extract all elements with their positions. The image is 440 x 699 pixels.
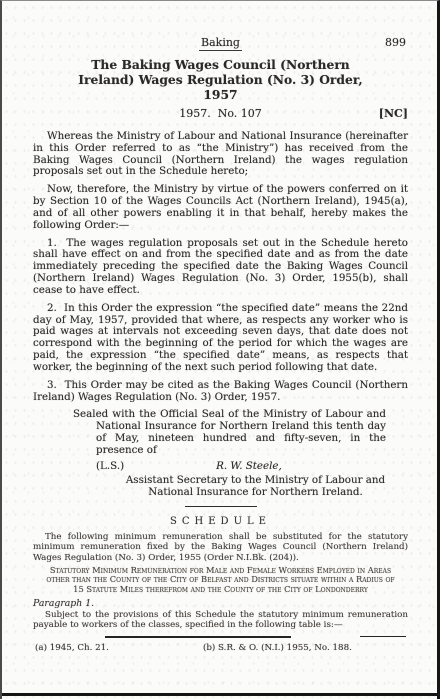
order-reference: 1957. No. 107	[179, 107, 262, 120]
recital-now-therefore: Now, therefore, the Ministry by virtue o…	[33, 184, 408, 231]
table-border-line-right	[360, 636, 406, 637]
signatory-title: Assistant Secretary to the Ministry of L…	[109, 475, 402, 499]
page-header: Baking 899	[33, 36, 408, 49]
table-border-line-left	[105, 636, 291, 638]
article-1: 1. The wages regulation proposals set ou…	[33, 238, 408, 297]
signature-row: (L.S.) R. W. Steele,	[33, 460, 408, 472]
footnotes: (a) 1945, Ch. 21. (b) S.R. & O. (N.I.) 1…	[33, 643, 408, 653]
recital-whereas: Whereas the Ministry of Labour and Natio…	[33, 131, 408, 178]
scan-edge-bottom	[2, 693, 437, 696]
article-2: 2. In this Order the expression “the spe…	[33, 303, 408, 374]
table-top-border	[33, 633, 408, 641]
page-content: Baking 899 The Baking Wages Council (Nor…	[2, 1, 437, 653]
schedule-paragraph-body: Subject to the provisions of this Schedu…	[33, 610, 408, 630]
schedule-heading: SCHEDULE	[33, 516, 408, 527]
order-reference-line: 1957. No. 107 [NC]	[33, 107, 408, 120]
footnote-b: (b) S.R. & O. (N.I.) 1955, No. 188.	[203, 643, 352, 653]
signature-name: R. W. Steele,	[216, 460, 282, 472]
document-title: The Baking Wages Council (Northern Irela…	[75, 57, 366, 102]
footnote-a: (a) 1945, Ch. 21.	[35, 643, 109, 653]
section-divider-rule	[185, 506, 257, 507]
seal-mark: (L.S.)	[96, 460, 124, 472]
page-number: 899	[385, 36, 406, 49]
article-3: 3. This Order may be cited as the Baking…	[33, 380, 408, 404]
attestation-clause: Sealed with the Official Seal of the Min…	[73, 409, 386, 456]
schedule-paragraph-label: Paragraph 1.	[33, 598, 408, 609]
nc-tag: [NC]	[379, 107, 408, 120]
schedule-intro: The following minimum remuneration shall…	[33, 532, 408, 562]
schedule-caps-heading: Statutory Minimum Remuneration for Male …	[43, 566, 398, 595]
running-title: Baking	[199, 36, 242, 51]
scanned-document-page: Baking 899 The Baking Wages Council (Nor…	[0, 0, 440, 699]
